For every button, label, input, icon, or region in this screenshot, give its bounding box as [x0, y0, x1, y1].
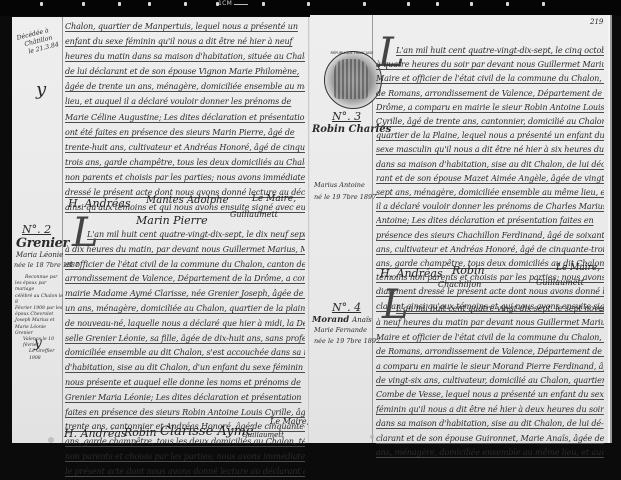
text-line: arrondissement de Valence, Département d… [65, 271, 305, 286]
act-2-text: L'an mil huit cent quatre-vingt-dix-sept… [65, 227, 305, 479]
ruler-tick [363, 2, 366, 6]
ruler-tick [184, 2, 187, 6]
text-line: rant et de son épouse Mazet Aimée Angèle… [376, 171, 604, 185]
child-surname: Morand [312, 315, 349, 325]
signature-andreas: H. Andréas [68, 197, 131, 210]
note-line: célébré au Chalon le 8 [15, 294, 63, 306]
ruler-tick [542, 2, 545, 6]
text-line: de Romans, arrondissement de Valence, Dé… [376, 86, 604, 100]
text-line: présence des sieurs Chachillon Ferdinand… [376, 228, 604, 242]
text-line: Drôme, a comparu en mairie le sieur Robi… [376, 100, 604, 114]
text-line: Maire et officier de l'état civil de la … [376, 330, 604, 344]
annotation-mark: y [36, 79, 46, 100]
ruler-tick [40, 2, 43, 6]
signature-witness: Mantes Adolphe [146, 195, 229, 206]
text-line: de vingt-six ans, cultivateur, domicilié… [376, 373, 604, 387]
text-line: non parents et choisis par les parties; … [65, 449, 305, 464]
act-number: N°. 2 [22, 223, 51, 236]
child-surname: Grenier [16, 236, 69, 251]
mayor-signature: Guillaumett [230, 210, 278, 219]
child-other-names: Marius Antoine [314, 181, 365, 189]
text-line: de lui déclarant et de son épouse Vignon… [65, 64, 305, 79]
text-line: sexe masculin qu'il nous a dit être né h… [376, 142, 604, 156]
text-line: et officier de l'état civil de la commun… [65, 257, 305, 272]
text-line: faites en présence des sieurs Robin Anto… [65, 405, 305, 420]
ruler-tick [148, 2, 151, 6]
ruler-tick [506, 2, 509, 6]
ruler-scale-line [234, 4, 248, 5]
seal-label: RÉPUBLIQUE FRANÇAISE [324, 51, 380, 55]
child-surname: Robin [312, 124, 345, 135]
paper-stain [370, 435, 374, 439]
text-line: L'an mil huit cent quatre-vingt-dix-sept… [65, 227, 305, 242]
mayor-title: Le Maire, [556, 263, 600, 273]
mayor-title: Le Maire, [270, 417, 309, 426]
paper-stain [48, 437, 54, 443]
act-number: N°. 4 [332, 301, 361, 314]
child-name: Morand Anaïs [312, 315, 372, 325]
text-line: à quatre heures du soir par devant nous … [376, 57, 604, 71]
ruler-tick [118, 2, 121, 6]
text-line: quartier de la Plaine, lequel nous a pré… [376, 128, 604, 142]
folio-number: 219 [590, 18, 603, 26]
text-line: un ans, ménagère, domiciliée au Chalon, … [65, 301, 305, 316]
signature-marin: Marin Pierre [136, 214, 208, 227]
ruler-label: 1CM [218, 0, 232, 7]
note-line: Le Greffier 1908 [15, 349, 63, 361]
act-1-continued-text: Chalon, quartier de Manpertuis, lequel n… [65, 19, 305, 215]
text-line: heures du matin dans sa maison d'habitat… [65, 49, 305, 64]
text-line: ans, ménagère, domiciliée ensemble au mê… [376, 445, 604, 459]
signature-andreas: H. Andréas [64, 427, 127, 440]
text-line: il a déclaré vouloir donner les prénoms … [376, 199, 604, 213]
mayor-title: Le Maire, [252, 194, 296, 204]
text-line: à neuf heures du matin par devant nous G… [376, 315, 604, 329]
ruler-tick [470, 2, 473, 6]
text-line: selle Grenier Léonie, sa fille, âgée de … [65, 331, 305, 346]
child-given-names: Maria Léonie [16, 251, 63, 259]
act-4-text: L'an mil huit cent quatre-vingt-dix-sept… [376, 301, 604, 459]
text-line: Antoine; Les dites déclaration et présen… [376, 213, 604, 227]
mayor-signature: Guillaumett [242, 431, 284, 439]
text-line: lieu, et auquel il a déclaré vouloir don… [65, 94, 305, 109]
note-mark: y [34, 335, 42, 351]
death-annotation: Décédée à Châtillon le 21.3.84 [16, 24, 64, 58]
text-line: trois ans, garde champêtre, tous les deu… [65, 155, 305, 170]
left-page: Décédée à Châtillon le 21.3.84 y Chalon,… [12, 17, 310, 443]
ruler-tick [82, 2, 85, 6]
text-line: non parents et choisis par les parties; … [65, 170, 305, 185]
text-line: ans, cultivateur et Andréas Honoré, âgé … [376, 242, 604, 256]
child-given-names: Anaïs [352, 316, 372, 324]
text-line: de nouveau-né, laquelle nous a déclaré q… [65, 316, 305, 331]
text-line: dans sa maison d'habitation, sise au dit… [376, 416, 604, 430]
text-line: de Romans, arrondissement de Valence, Dé… [376, 344, 604, 358]
text-line: mairie Madame Aymé Clarisse, née Grenier… [65, 286, 305, 301]
mayor-signature: Guillaumett [536, 278, 584, 287]
text-line: d'habitation, sise au dit Chalon, d'un e… [65, 360, 305, 375]
signature-chachillon: Chachillon [438, 280, 481, 289]
text-line: Chalon, quartier de Manpertuis, lequel n… [65, 19, 305, 34]
signature-andreas: H. Andréas [380, 267, 443, 280]
text-line: âgée de trente un ans, ménagère, domicil… [65, 79, 305, 94]
text-line: domiciliée ensemble au dit Chalon, s'est… [65, 345, 305, 360]
text-line: L'an mil huit cent quatre-vingt-dix-sept… [376, 301, 604, 315]
official-seal: RÉPUBLIQUE FRANÇAISE [324, 51, 380, 107]
text-line: sept ans, ménagère, domiciliée ensemble … [376, 185, 604, 199]
signature-robin: Robin [124, 426, 157, 439]
text-line: à dix heures du matin, par devant nous G… [65, 242, 305, 257]
signature-robin: Robin [452, 264, 485, 277]
text-line: Combe de Vesse, lequel nous a présenté u… [376, 387, 604, 401]
ruler-tick [262, 2, 265, 6]
text-line: trente-huit ans, cultivateur et Andréas … [65, 140, 305, 155]
text-line: enfant du sexe féminin qu'il nous a dit … [65, 34, 305, 49]
text-line: Maire et officier de l'état civil de la … [376, 71, 604, 85]
text-line: ont été faites en présence des sieurs Ma… [65, 125, 305, 140]
text-line: Grenier Maria Léonie; Les dites déclarat… [65, 390, 305, 405]
act-number: N°. 3 [332, 110, 361, 123]
text-line: le présent acte dont nous avons donné le… [65, 464, 305, 479]
margin-rule [62, 17, 63, 443]
scale-ruler: 1CM [0, 0, 621, 16]
text-line: féminin qu'il nous a dit être né hier à … [376, 402, 604, 416]
note-line: les époux par mariage [15, 281, 63, 293]
ruler-tick [407, 2, 410, 6]
child-other-names: Marie Fernande [314, 326, 367, 334]
signature-clarisse: Clarisse Aymé [160, 424, 254, 439]
ruler-tick [436, 2, 439, 6]
text-line: clarant et de son épouse Guironnet, Mari… [376, 431, 604, 445]
text-line: nous présente et auquel elle donne les n… [65, 375, 305, 390]
ruler-tick [307, 2, 310, 6]
right-page: 219 RÉPUBLIQUE FRANÇAISE N°. 3 Robin Cha… [310, 15, 610, 443]
birth-date: née le 19 7bre 1897 [314, 337, 380, 345]
text-line: L'an mil huit cent quatre-vingt-dix-sept… [376, 43, 604, 57]
text-line: Marie Céline Augustine; Les dites déclar… [65, 110, 305, 125]
text-line: Cyrille, âgé de trente ans, cantonnier, … [376, 114, 604, 128]
text-line: a comparu en mairie le sieur Morand Pier… [376, 359, 604, 373]
seal-figure [334, 59, 368, 99]
text-line: dans sa maison d'habitation, sise au dit… [376, 157, 604, 171]
birth-date: né le 19 7bre 1897 [314, 193, 376, 201]
